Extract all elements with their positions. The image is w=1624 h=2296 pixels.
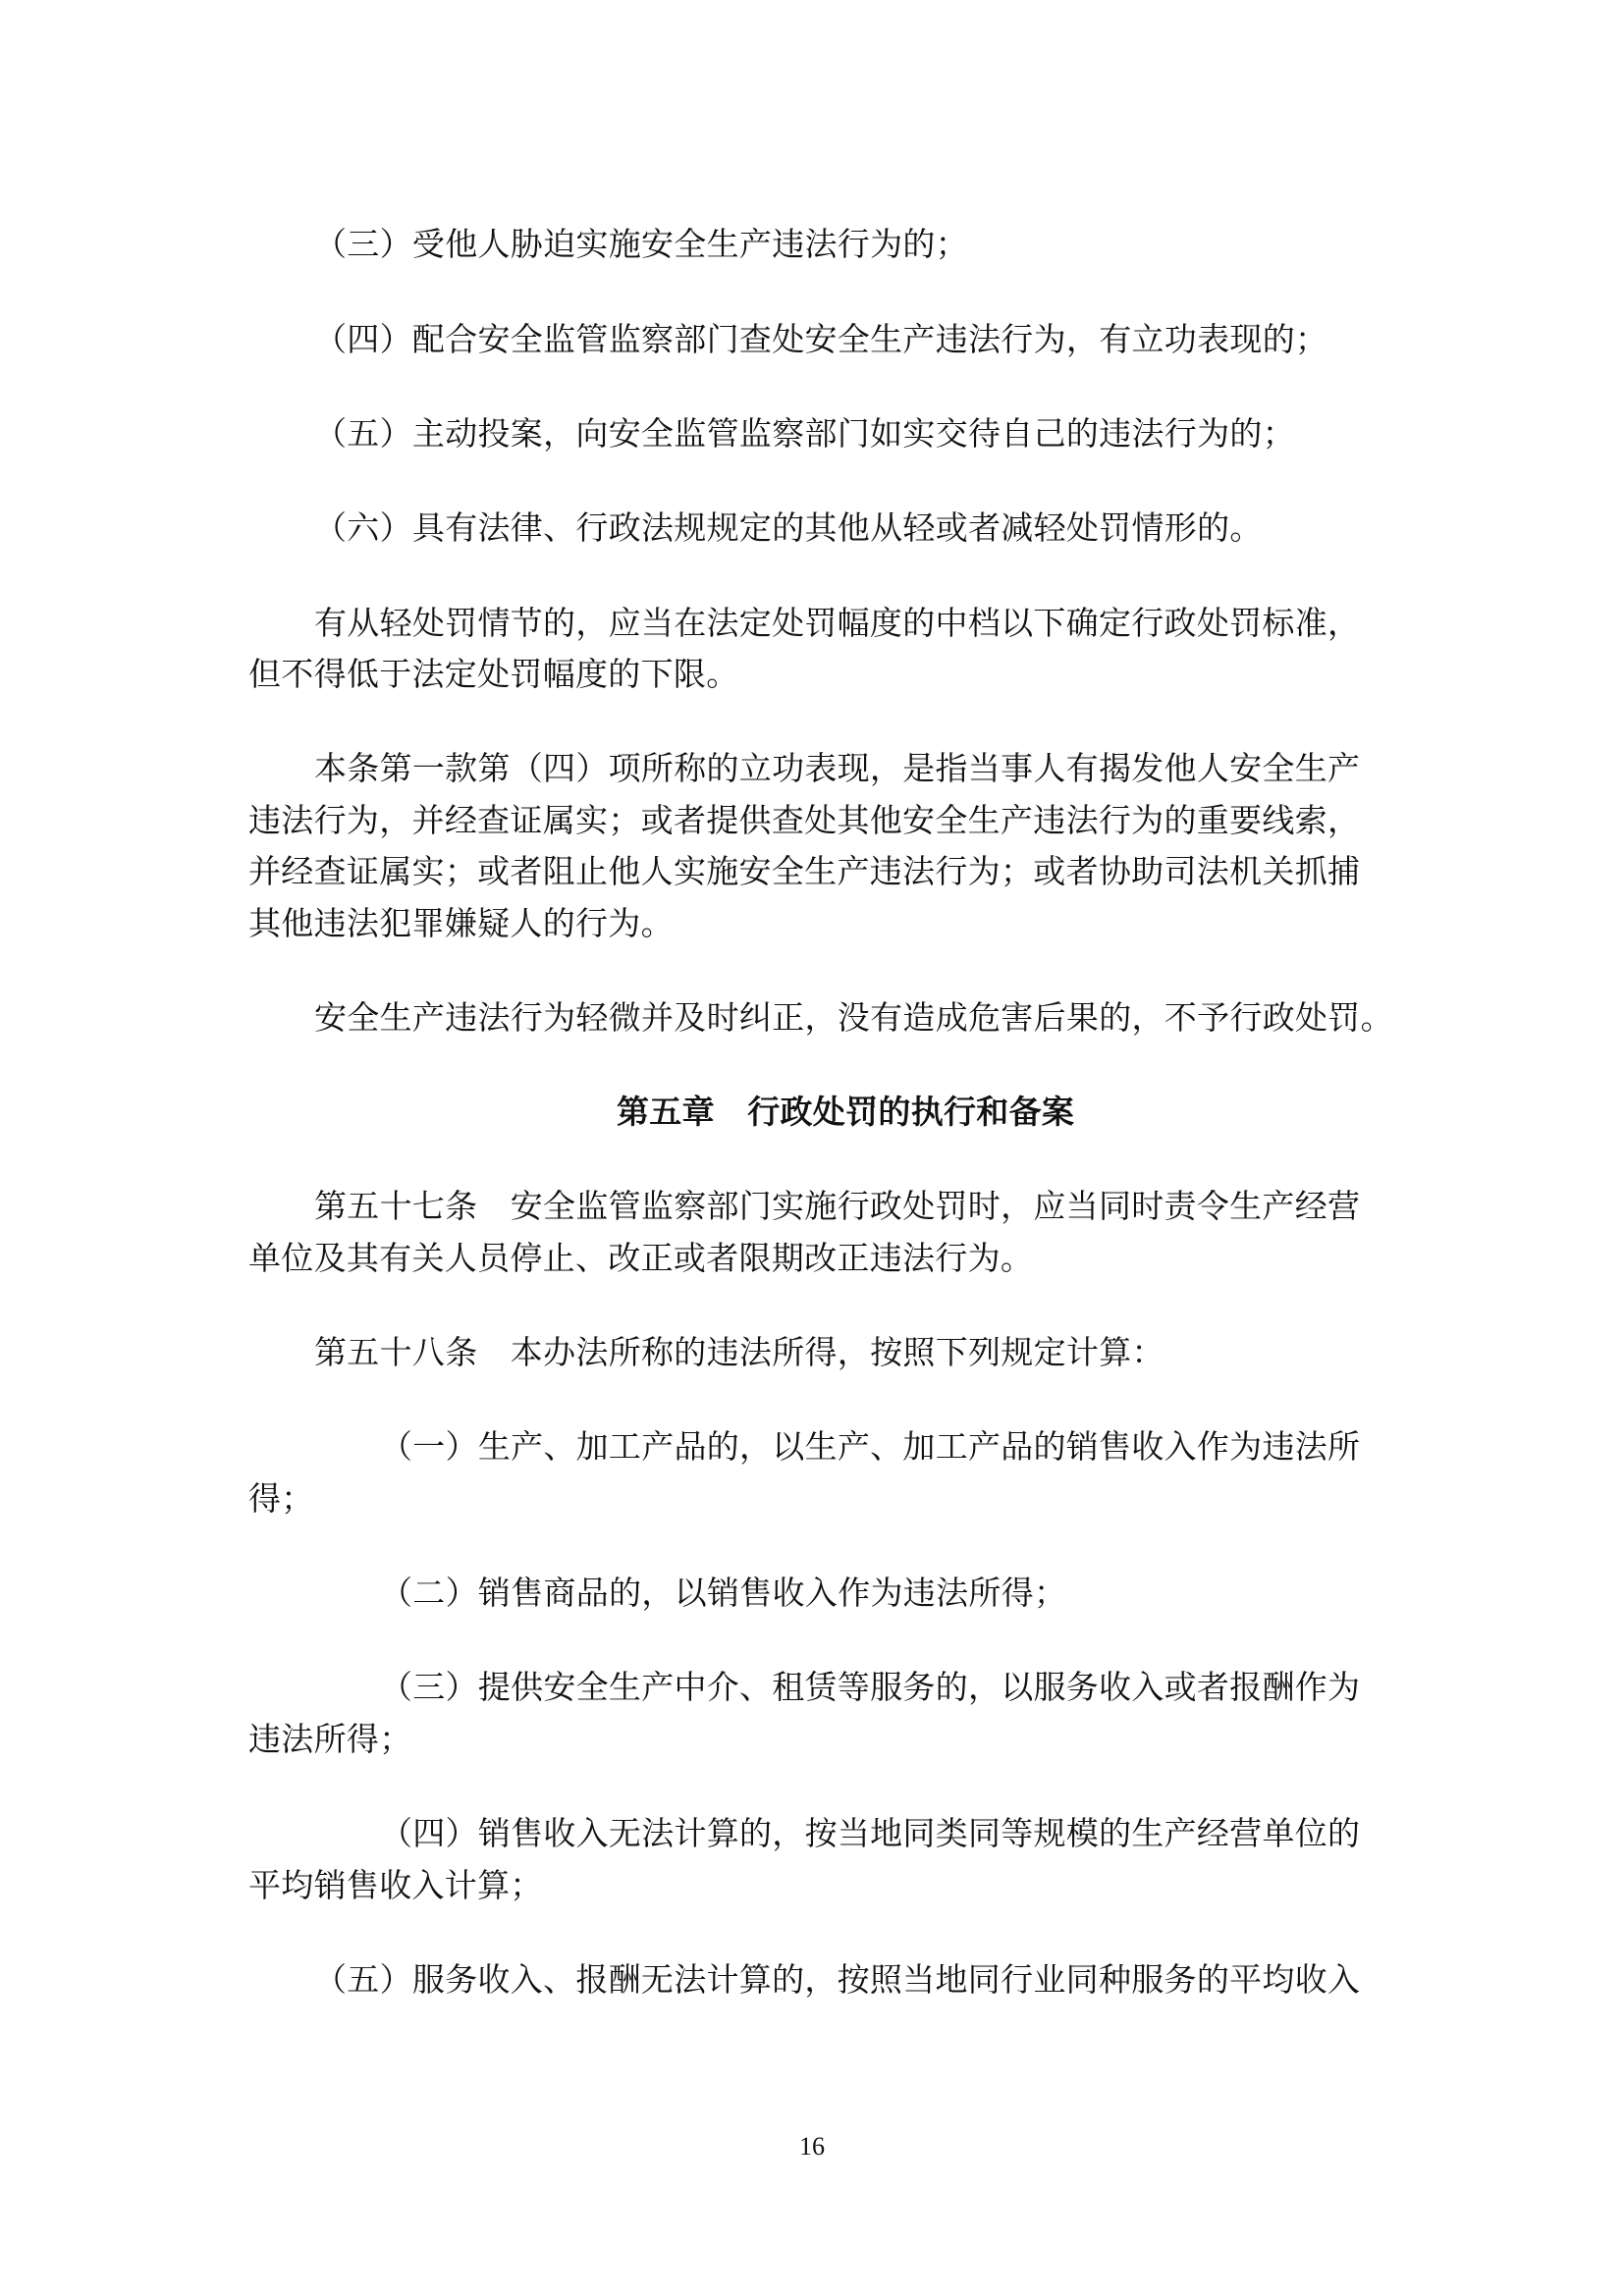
article-line: 单位及其有关人员停止、改正或者限期改正违法行为。 [248, 1242, 1360, 1275]
article-line: 第五十七条 安全监管监察部门实施行政处罚时，应当同时责令生产经营 [248, 1190, 1360, 1223]
paragraph-line: 但不得低于法定处罚幅度的下限。 [248, 658, 1360, 691]
paragraph-line: 违法行为，并经查证属实；或者提供查处其他安全生产违法行为的重要线索， [248, 804, 1360, 837]
sub-item-continuation: 得； [248, 1482, 1360, 1516]
sub-item-continuation: 平均销售收入计算； [248, 1869, 1360, 1902]
sub-item: （一）生产、加工产品的，以生产、加工产品的销售收入作为违法所 [248, 1430, 1360, 1464]
list-item: （六）具有法律、行政法规规定的其他从轻或者减轻处罚情形的。 [248, 511, 1360, 545]
sub-item: （四）销售收入无法计算的，按当地同类同等规模的生产经营单位的 [248, 1817, 1360, 1850]
sub-item-continuation: 违法所得； [248, 1723, 1360, 1756]
page-number: 16 [763, 2132, 861, 2162]
chapter-heading: 第五章 行政处罚的执行和备案 [617, 1095, 1078, 1129]
sub-item: （五）服务收入、报酬无法计算的，按照当地同行业同种服务的平均收入 [248, 1963, 1360, 1997]
list-item: （五）主动投案，向安全监管监察部门如实交待自己的违法行为的； [248, 417, 1360, 451]
paragraph-line: 其他违法犯罪嫌疑人的行为。 [248, 907, 1360, 940]
sub-item: （三）提供安全生产中介、租赁等服务的，以服务收入或者报酬作为 [248, 1671, 1360, 1704]
paragraph-line: 安全生产违法行为轻微并及时纠正，没有造成危害后果的，不予行政处罚。 [248, 1001, 1360, 1035]
paragraph-line: 本条第一款第（四）项所称的立功表现，是指当事人有揭发他人安全生产 [248, 752, 1360, 785]
article-line: 第五十八条 本办法所称的违法所得，按照下列规定计算： [248, 1336, 1360, 1369]
list-item: （四）配合安全监管监察部门查处安全生产违法行为，有立功表现的； [248, 323, 1360, 356]
list-item: （三）受他人胁迫实施安全生产违法行为的； [248, 228, 1360, 261]
paragraph-line: 有从轻处罚情节的，应当在法定处罚幅度的中档以下确定行政处罚标准， [248, 607, 1360, 640]
paragraph-line: 并经查证属实；或者阻止他人实施安全生产违法行为；或者协助司法机关抓捕 [248, 855, 1360, 888]
document-page: （三）受他人胁迫实施安全生产违法行为的； （四）配合安全监管监察部门查处安全生产… [0, 0, 1624, 2296]
sub-item: （二）销售商品的，以销售收入作为违法所得； [248, 1576, 1360, 1610]
